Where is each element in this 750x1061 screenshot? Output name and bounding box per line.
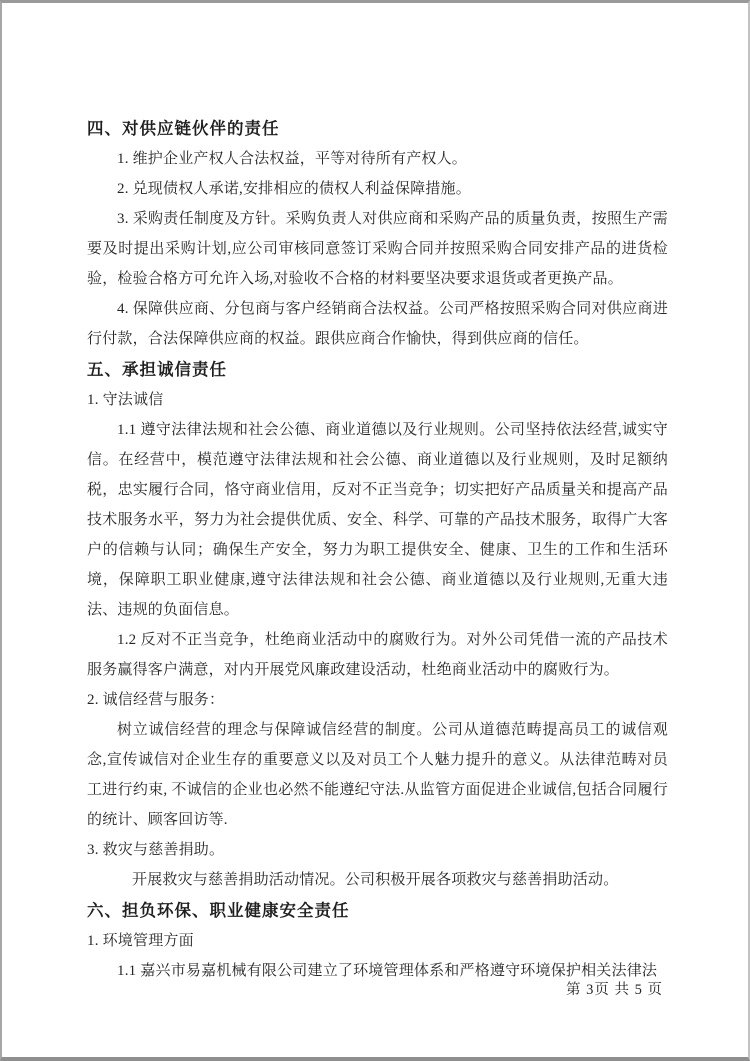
document-content: 四、对供应链伙伴的责任1. 维护企业产权人合法权益，平等对待所有产权人。2. 兑…	[87, 113, 668, 986]
paragraph: 开展救灾与慈善捐助活动情况。公司积极开展各项救灾与慈善捐助活动。	[87, 865, 668, 895]
paragraph: 4. 保障供应商、分包商与客户经销商合法权益。公司严格按照采购合同对供应商进行付…	[87, 294, 668, 354]
paragraph: 2. 诚信经营与服务：	[87, 685, 668, 715]
section-heading: 四、对供应链伙伴的责任	[87, 114, 668, 144]
paragraph: 1.1 遵守法律法规和社会公德、商业道德以及行业规则。公司坚持依法经营,诚实守信…	[87, 415, 668, 625]
section-heading: 五、承担诚信责任	[87, 355, 668, 385]
section-heading: 六、担负环保、职业健康安全责任	[87, 896, 668, 926]
paragraph: 2. 兑现债权人承诺,安排相应的债权人利益保障措施。	[87, 174, 668, 204]
paragraph: 3. 采购责任制度及方针。采购负责人对供应商和采购产品的质量负责，按照生产需要及…	[87, 204, 668, 294]
paragraph: 1. 环境管理方面	[87, 926, 668, 956]
document-page: 四、对供应链伙伴的责任1. 维护企业产权人合法权益，平等对待所有产权人。2. 兑…	[0, 0, 750, 1061]
paragraph: 1. 维护企业产权人合法权益，平等对待所有产权人。	[87, 144, 668, 174]
paragraph: 1.2 反对不正当竞争，杜绝商业活动中的腐败行为。对外公司凭借一流的产品技术服务…	[87, 625, 668, 685]
paragraph: 3. 救灾与慈善捐助。	[87, 835, 668, 865]
page-number: 第 3页 共 5 页	[566, 980, 663, 1000]
paragraph: 1. 守法诚信	[87, 385, 668, 415]
paragraph: 树立诚信经营的理念与保障诚信经营的制度。公司从道德范畴提高员工的诚信观念,宣传诚…	[87, 715, 668, 835]
